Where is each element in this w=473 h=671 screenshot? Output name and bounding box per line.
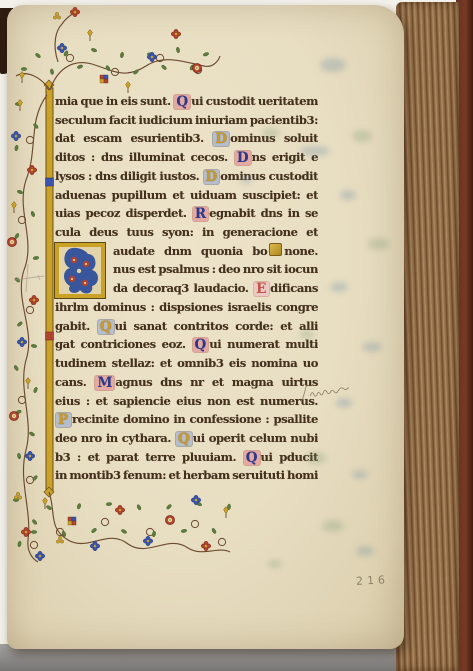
versal-initial: M xyxy=(95,376,114,390)
text-run: deo nro in cythara. xyxy=(55,431,175,445)
text-run: seculum facit iudicium iniuriam pacienti… xyxy=(55,113,318,127)
folio-number: 216 xyxy=(356,573,390,588)
text-run: b3 : et parat terre pluuiam. xyxy=(55,450,243,464)
text-line: eius : et sapiencie eius non est numerus… xyxy=(55,392,318,411)
text-run: eius : et sapiencie eius non est numerus… xyxy=(55,394,318,408)
versal-initial: E xyxy=(254,282,269,296)
text-line: tudinem stellaz: et omnib3 eis nomina uo xyxy=(55,354,318,373)
text-run: ui operit celum nubi xyxy=(193,431,318,445)
marginal-inscription xyxy=(299,380,355,404)
text-run: ditos : dns illuminat cecos. xyxy=(55,150,234,164)
text-run: gat contriciones eoz. xyxy=(55,337,192,351)
text-line: seculum facit iudicium iniuriam pacienti… xyxy=(55,111,318,130)
text-run: lysos : dns diligit iustos. xyxy=(55,169,203,183)
text-run: none. xyxy=(284,244,318,258)
versal-initial: Q xyxy=(176,432,192,446)
text-line: dat escam esurientib3. Dominus soluit co… xyxy=(55,129,318,148)
text-run: tudinem stellaz: et omnib3 eis nomina uo xyxy=(55,356,318,370)
text-line: Precinite domino in confessione : psalli… xyxy=(55,410,318,429)
text-block: mia que in eis sunt. Qui custodit uerita… xyxy=(55,92,318,485)
text-line: aduenas pupillum et uiduam suscipiet: et xyxy=(55,186,318,205)
text-run: ui sanat contritos corde: et alli xyxy=(115,319,318,333)
text-run: ui pducit xyxy=(261,450,318,464)
text-run: cans. xyxy=(55,375,94,389)
text-line: uias pecoz disperdet. Regnabit dns in se xyxy=(55,204,318,223)
text-line: mia que in eis sunt. Qui custodit uerita… xyxy=(55,92,318,111)
versal-initial: Q xyxy=(174,95,190,109)
versal-initial: P xyxy=(56,413,71,427)
book-fore-edge xyxy=(396,2,459,671)
text-line: audate dnm quonia bonone. xyxy=(55,242,318,261)
text-run: agnus dns nr et magna uirtus xyxy=(115,375,318,389)
text-run: nus est psalmus : deo nro sit iocun xyxy=(113,262,318,276)
text-line: ditos : dns illuminat cecos. Dns erigit … xyxy=(55,148,318,167)
text-line: gabit. Qui sanat contritos corde: et all… xyxy=(55,317,318,336)
text-run: audate dnm quonia bo xyxy=(113,244,267,258)
text-line: deo nro in cythara. Qui operit celum nub… xyxy=(55,429,318,448)
text-run: mia que in eis sunt. xyxy=(55,94,173,108)
text-run: aduenas pupillum et uiduam suscipiet: et xyxy=(55,188,318,202)
text-line: cula deus tuus syon: in generacione et g… xyxy=(55,223,318,242)
pencil-cross-graffito xyxy=(8,258,50,298)
manuscript-photo: { "document": { "text_lines": [ {"indent… xyxy=(0,0,473,671)
text-run: recinite domino in confessione : psallit… xyxy=(72,412,318,426)
text-line: cans. Magnus dns nr et magna uirtus xyxy=(55,373,318,392)
text-line: lysos : dns diligit iustos. Dominus cust… xyxy=(55,167,318,186)
text-line: gat contriciones eoz. Qui numerat multi xyxy=(55,335,318,354)
text-run: dificans xyxy=(270,281,318,295)
text-run: da decoraq3 laudacio. xyxy=(113,281,253,295)
versal-initial: Q xyxy=(244,451,260,465)
gold-line-filler xyxy=(269,243,282,256)
text-line: nus est psalmus : deo nro sit iocun xyxy=(55,260,318,279)
versal-initial: Q xyxy=(98,320,114,334)
text-run: in montib3 fenum: et herbam seruituti ho… xyxy=(55,468,318,482)
text-run: dat escam esurientib3. xyxy=(55,131,212,145)
text-run: cula deus tuus syon: in generacione et g… xyxy=(55,225,318,242)
text-run: ui numerat multi xyxy=(209,337,318,351)
versal-initial: D xyxy=(235,151,251,165)
text-line: in montib3 fenum: et herbam seruituti ho… xyxy=(55,466,318,485)
text-run: ihrlm dominus : dispsiones israelis cong… xyxy=(55,300,318,314)
text-run: ns erigit e xyxy=(252,150,318,164)
text-run: uias pecoz disperdet. xyxy=(55,206,192,220)
versal-initial: D xyxy=(204,170,220,184)
text-line: ihrlm dominus : dispsiones israelis cong… xyxy=(55,298,318,317)
versal-initial: Q xyxy=(193,338,209,352)
text-line: da decoraq3 laudacio. Edificans xyxy=(55,279,318,298)
versal-initial: R xyxy=(193,207,208,221)
text-run: gabit. xyxy=(55,319,97,333)
text-line: b3 : et parat terre pluuiam. Qui pducit xyxy=(55,448,318,467)
versal-initial: D xyxy=(213,132,229,146)
text-run: ominus custodit xyxy=(220,169,318,183)
text-run: egnabit dns in se xyxy=(209,206,318,220)
